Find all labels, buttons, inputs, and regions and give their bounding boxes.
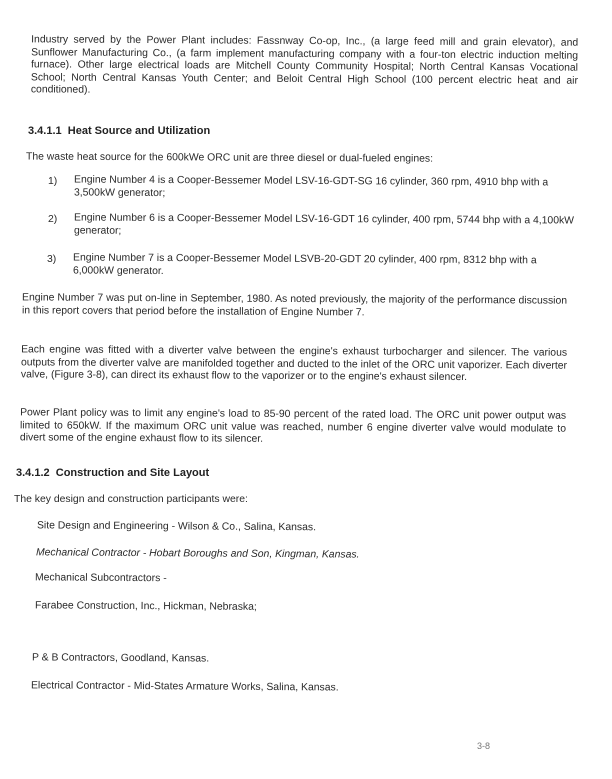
diverter-valve-paragraph: Each engine was fitted with a diverter v… [21, 344, 567, 385]
heat-source-lead: The waste heat source for the 600kWe ORC… [26, 152, 586, 168]
section-title: Heat Source and Utilization [68, 125, 210, 137]
section-number: 3.4.1.1 [28, 125, 62, 137]
engine-list-item: 2) Engine Number 6 is a Cooper-Bessemer … [48, 214, 588, 248]
section-heading-3-4-1-1: 3.4.1.1 Heat Source and Utilization [28, 125, 210, 138]
page-number: 3-8 [477, 740, 490, 753]
intro-paragraph: Industry served by the Power Plant inclu… [31, 34, 578, 100]
participant-item: Farabee Construction, Inc., Hickman, Neb… [35, 600, 515, 616]
section-title: Construction and Site Layout [56, 467, 209, 479]
engine-list-item: 3) Engine Number 7 is a Cooper-Bessemer … [47, 254, 587, 288]
section-heading-3-4-1-2: 3.4.1.2 Construction and Site Layout [16, 467, 209, 480]
participant-item: Electrical Contractor - Mid-States Armat… [31, 680, 511, 696]
power-policy-paragraph: Power Plant policy was to limit any engi… [20, 407, 566, 448]
engine-list-item: 1) Engine Number 4 is a Cooper-Bessemer … [48, 176, 588, 210]
participant-item: Mechanical Contractor - Hobart Boroughs … [36, 547, 516, 563]
section-number: 3.4.1.2 [16, 467, 50, 479]
participant-item: Site Design and Engineering - Wilson & C… [37, 520, 517, 536]
list-text: Engine Number 4 is a Cooper-Bessemer Mod… [74, 174, 574, 202]
participant-text: Mechanical Contractor - Hobart Boroughs … [36, 547, 360, 560]
list-text: Engine Number 7 is a Cooper-Bessemer Mod… [73, 252, 573, 280]
list-number: 1) [48, 176, 57, 189]
participants-lead: The key design and construction particip… [14, 494, 514, 507]
participant-item: Mechanical Subcontractors - [35, 572, 515, 588]
list-number: 3) [47, 254, 56, 267]
list-text: Engine Number 6 is a Cooper-Bessemer Mod… [74, 212, 574, 240]
engine-online-paragraph: Engine Number 7 was put on-line in Septe… [22, 292, 567, 321]
document-page: Industry served by the Power Plant inclu… [0, 0, 612, 779]
participant-item: P & B Contractors, Goodland, Kansas. [32, 652, 512, 668]
list-number: 2) [48, 214, 57, 227]
